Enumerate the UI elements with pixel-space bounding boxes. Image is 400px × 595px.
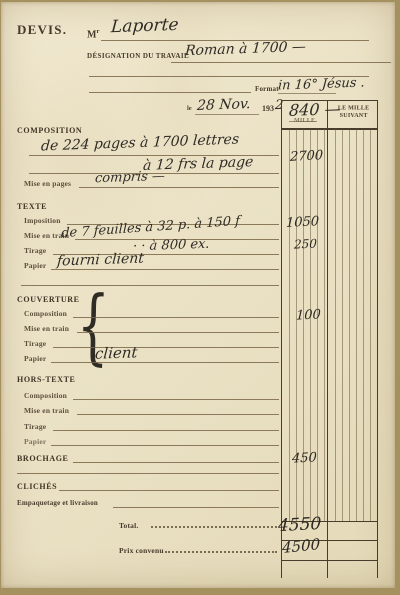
couverture-papier-value-handwritten: client: [94, 343, 138, 363]
texte-imposition-label: Imposition: [24, 216, 61, 225]
empaquetage-label: Empaquetage et livraison: [17, 499, 98, 507]
date-day-handwritten: 28 Nov.: [196, 96, 251, 114]
mise-en-pages-label: Mise en pages: [24, 179, 71, 188]
mise-en-pages-value-handwritten: compris —: [94, 169, 165, 186]
format-value-handwritten: in 16° Jésus .: [278, 75, 366, 93]
section-texte-title: TEXTE: [17, 202, 47, 211]
client-prefix-sup: r: [96, 28, 99, 35]
empaquetage-rule: [113, 507, 279, 508]
client-name-handwritten: Laporte: [110, 15, 179, 37]
amount-brochage: 450: [292, 450, 317, 466]
hors-texte-papier-label: Papier: [24, 437, 46, 446]
price-col1-header-handwritten: 840 —: [288, 99, 341, 120]
section-hors-texte-title: HORS-TEXTE: [17, 375, 75, 384]
amount-couverture: 100: [296, 307, 321, 323]
price-table-divider: [327, 100, 328, 578]
couverture-papier-label: Papier: [24, 354, 46, 363]
price-col1-header-underline: [289, 121, 317, 122]
couverture-mise-en-train-rule: [77, 332, 279, 333]
couverture-mise-en-train-label: Mise en train: [24, 324, 69, 333]
texte-extra-rule: [21, 285, 279, 286]
client-prefix: Mr: [87, 28, 99, 40]
format-label: Format: [255, 85, 279, 93]
price-table-left-border: [281, 100, 282, 578]
cliches-rule: [59, 490, 279, 491]
form-title: DEVIS.: [17, 22, 67, 38]
date-year-printed: 193: [262, 104, 274, 113]
texte-tirage-label: Tirage: [24, 246, 46, 255]
paper-sheet: DEVIS. Mr Laporte DÉSIGNATION DU TRAVAIL…: [1, 2, 395, 588]
couverture-tirage-label: Tirage: [24, 339, 46, 348]
hors-texte-papier-rule: [51, 445, 279, 446]
section-cliches-title: CLICHÉS: [17, 482, 57, 491]
amount-composition: 2700: [290, 148, 324, 165]
price-col2-ruling: [329, 129, 376, 521]
section-composition-title: COMPOSITION: [17, 126, 82, 135]
date-underline: [195, 114, 259, 115]
amount-mise-en-train: 1050: [286, 214, 320, 231]
total-dotted-leader: [151, 526, 277, 528]
couverture-composition-rule: [73, 317, 279, 318]
prix-convenu-label: Prix convenu: [119, 546, 164, 555]
brochage-rule: [73, 462, 279, 463]
format-underline: [278, 93, 336, 94]
couverture-composition-label: Composition: [24, 309, 67, 318]
amount-prix-convenu: 4500: [282, 535, 320, 557]
couverture-papier-rule: [51, 362, 279, 363]
texte-papier-rule: [51, 269, 279, 270]
total-label: Total.: [119, 521, 138, 530]
amount-tirage: 250: [294, 236, 317, 251]
format-leadin-line: [89, 92, 251, 93]
mise-en-pages-rule: [79, 187, 279, 188]
hors-texte-composition-label: Composition: [24, 391, 67, 400]
price-table-right-border: [377, 100, 378, 578]
hors-texte-mise-en-train-label: Mise en train: [24, 406, 69, 415]
texte-papier-value-handwritten: fourni client: [56, 250, 144, 269]
section-brochage-title: BROCHAGE: [17, 454, 68, 463]
texte-mise-en-train-value-handwritten: de 7 feuilles à 32 p. à 150 f: [61, 214, 240, 242]
designation-line: [171, 62, 391, 63]
hors-texte-tirage-label: Tirage: [24, 422, 46, 431]
total-row-bottom-line: [281, 560, 378, 561]
brochage-extra-rule: [17, 473, 279, 474]
prix-convenu-dotted-leader: [165, 551, 277, 553]
texte-papier-label: Papier: [24, 261, 46, 270]
section-couverture-title: COUVERTURE: [17, 295, 80, 304]
date-le-label: le: [187, 105, 192, 112]
hors-texte-tirage-rule: [53, 430, 279, 431]
couverture-tirage-rule: [53, 347, 279, 348]
designation-value-handwritten: Roman à 1700 —: [184, 39, 306, 59]
designation-label: DÉSIGNATION DU TRAVAIL: [87, 52, 189, 60]
amount-total: 4550: [278, 514, 322, 536]
hors-texte-mise-en-train-rule: [77, 414, 279, 415]
hors-texte-composition-rule: [73, 399, 279, 400]
